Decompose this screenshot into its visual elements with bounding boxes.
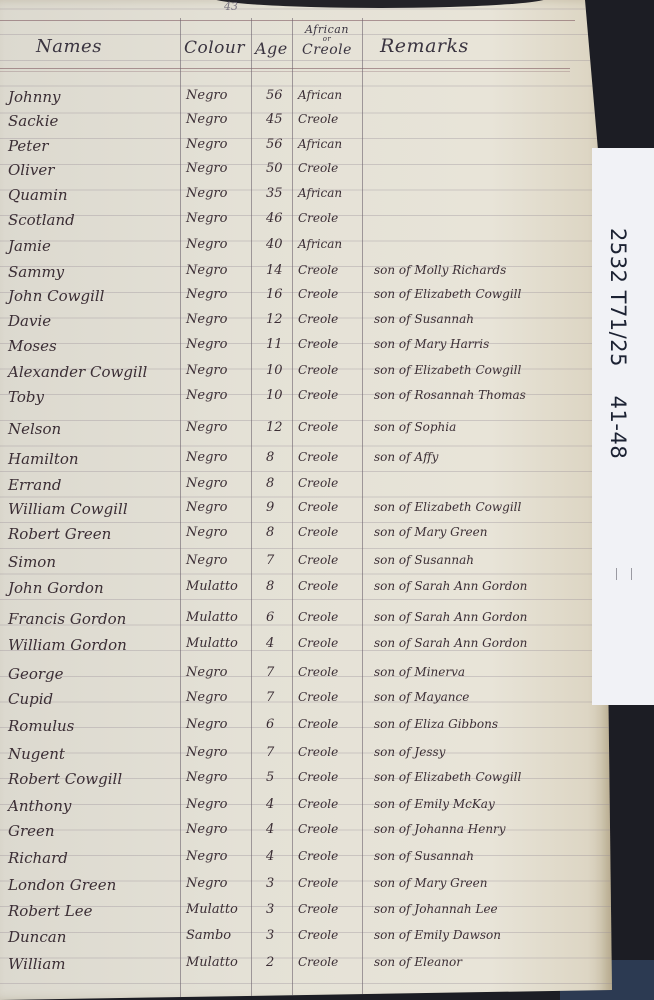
remark-cell: son of Molly Richards <box>374 263 506 277</box>
age-cell: 12 <box>266 420 283 435</box>
archive-reference-label: 2532 T71/25 41-48 <box>592 148 654 705</box>
name-cell: Scotland <box>8 211 75 229</box>
table-row: JohnnyNegro56African <box>0 88 600 114</box>
colour-cell: Negro <box>186 770 227 785</box>
colour-cell: Negro <box>186 500 227 515</box>
colour-cell: Negro <box>186 822 227 837</box>
table-row: AnthonyNegro4Creoleson of Emily McKay <box>0 797 600 823</box>
remark-cell: son of Mayance <box>374 690 469 704</box>
name-cell: William <box>8 955 66 973</box>
age-cell: 56 <box>266 137 283 152</box>
table-row: NelsonNegro12Creoleson of Sophia <box>0 420 600 446</box>
origin-cell: Creole <box>298 500 338 514</box>
age-cell: 56 <box>266 88 283 103</box>
remark-cell: son of Elizabeth Cowgill <box>374 363 521 377</box>
origin-cell: Creole <box>298 388 338 402</box>
remark-cell: son of Johanna Henry <box>374 822 506 836</box>
name-cell: John Cowgill <box>8 287 104 305</box>
origin-cell: Creole <box>298 610 338 624</box>
colour-cell: Mulatto <box>186 610 238 625</box>
origin-cell: African <box>298 88 342 102</box>
origin-cell: Creole <box>298 211 338 225</box>
origin-cell: Creole <box>298 902 338 916</box>
name-cell: London Green <box>8 876 116 894</box>
table-row: Robert CowgillNegro5Creoleson of Elizabe… <box>0 770 600 796</box>
name-cell: Toby <box>8 388 44 406</box>
name-cell: Jamie <box>8 237 51 255</box>
origin-cell: Creole <box>298 665 338 679</box>
remark-cell: son of Susannah <box>374 312 474 326</box>
age-cell: 5 <box>266 770 274 785</box>
name-cell: Romulus <box>8 717 74 735</box>
remark-cell: son of Sophia <box>374 420 456 434</box>
name-cell: Sackie <box>8 112 58 130</box>
name-cell: Hamilton <box>8 450 79 468</box>
header-bottom-rule <box>0 68 570 69</box>
origin-cell: Creole <box>298 112 338 126</box>
table-row: MosesNegro11Creoleson of Mary Harris <box>0 337 600 363</box>
colour-cell: Negro <box>186 450 227 465</box>
colour-cell: Negro <box>186 363 227 378</box>
name-cell: Robert Cowgill <box>8 770 122 788</box>
age-cell: 8 <box>266 525 274 540</box>
age-cell: 7 <box>266 553 274 568</box>
age-cell: 7 <box>266 745 274 760</box>
age-cell: 35 <box>266 186 283 201</box>
colour-cell: Negro <box>186 112 227 127</box>
table-row: JamieNegro40African <box>0 237 600 263</box>
age-cell: 8 <box>266 579 274 594</box>
age-cell: 6 <box>266 610 274 625</box>
age-cell: 4 <box>266 822 274 837</box>
age-cell: 14 <box>266 263 283 278</box>
folio-number: 43 <box>224 0 238 13</box>
colour-cell: Negro <box>186 797 227 812</box>
origin-cell: Creole <box>298 420 338 434</box>
origin-cell: Creole <box>298 161 338 175</box>
header-bottom-rule-2 <box>0 71 570 72</box>
name-cell: Green <box>8 822 55 840</box>
remark-cell: son of Emily McKay <box>374 797 495 811</box>
colour-cell: Negro <box>186 312 227 327</box>
table-row: Alexander CowgillNegro10Creoleson of Eli… <box>0 363 600 389</box>
name-cell: Nelson <box>8 420 61 438</box>
archive-reference: 2532 T71/25 <box>606 228 630 367</box>
colour-cell: Negro <box>186 388 227 403</box>
name-cell: Nugent <box>8 745 65 763</box>
origin-cell: Creole <box>298 450 338 464</box>
colour-cell: Sambo <box>186 928 231 943</box>
remark-cell: son of Sarah Ann Gordon <box>374 610 527 624</box>
age-cell: 12 <box>266 312 283 327</box>
origin-cell: Creole <box>298 849 338 863</box>
name-cell: Oliver <box>8 161 54 179</box>
colour-cell: Negro <box>186 237 227 252</box>
age-cell: 6 <box>266 717 274 732</box>
origin-cell: Creole <box>298 797 338 811</box>
colour-cell: Negro <box>186 690 227 705</box>
table-row: GeorgeNegro7Creoleson of Minerva <box>0 665 600 691</box>
age-cell: 46 <box>266 211 283 226</box>
origin-cell: Creole <box>298 579 338 593</box>
table-row: TobyNegro10Creoleson of Rosannah Thomas <box>0 388 600 414</box>
ledger-page: 43 Names Colour Age African or Creole Re… <box>0 0 612 1000</box>
colour-cell: Negro <box>186 88 227 103</box>
name-cell: Alexander Cowgill <box>8 363 147 381</box>
age-cell: 9 <box>266 500 274 515</box>
remark-cell: son of Elizabeth Cowgill <box>374 770 521 784</box>
colour-cell: Mulatto <box>186 579 238 594</box>
header-names: Names <box>36 36 102 57</box>
remark-cell: son of Sarah Ann Gordon <box>374 579 527 593</box>
origin-cell: Creole <box>298 636 338 650</box>
table-row: Robert LeeMulatto3Creoleson of Johannah … <box>0 902 600 928</box>
table-row: William CowgillNegro9Creoleson of Elizab… <box>0 500 600 526</box>
age-cell: 40 <box>266 237 283 252</box>
label-tick-mark <box>616 568 632 580</box>
remark-cell: son of Mary Green <box>374 876 487 890</box>
table-row: NugentNegro7Creoleson of Jessy <box>0 745 600 771</box>
age-cell: 45 <box>266 112 283 127</box>
colour-cell: Negro <box>186 337 227 352</box>
name-cell: Duncan <box>8 928 66 946</box>
remark-cell: son of Rosannah Thomas <box>374 388 526 402</box>
header-origin: African or Creole <box>296 24 358 58</box>
header-remarks: Remarks <box>380 35 469 57</box>
table-row: ScotlandNegro46Creole <box>0 211 600 237</box>
table-row: DuncanSambo3Creoleson of Emily Dawson <box>0 928 600 954</box>
table-row: OliverNegro50Creole <box>0 161 600 187</box>
table-row: John CowgillNegro16Creoleson of Elizabet… <box>0 287 600 313</box>
origin-cell: Creole <box>298 312 338 326</box>
name-cell: Richard <box>8 849 68 867</box>
origin-cell: African <box>298 186 342 200</box>
name-cell: George <box>8 665 64 683</box>
header-colour: Colour <box>184 38 245 58</box>
colour-cell: Negro <box>186 161 227 176</box>
age-cell: 3 <box>266 902 274 917</box>
table-row: WilliamMulatto2Creoleson of Eleanor <box>0 955 600 981</box>
origin-cell: Creole <box>298 337 338 351</box>
age-cell: 10 <box>266 388 283 403</box>
age-cell: 8 <box>266 476 274 491</box>
archive-page-range: 41-48 <box>606 396 630 460</box>
remark-cell: son of Susannah <box>374 553 474 567</box>
colour-cell: Negro <box>186 287 227 302</box>
name-cell: John Gordon <box>8 579 104 597</box>
table-row: RomulusNegro6Creoleson of Eliza Gibbons <box>0 717 600 743</box>
colour-cell: Negro <box>186 876 227 891</box>
table-row: ErrandNegro8Creole <box>0 476 600 502</box>
origin-cell: Creole <box>298 928 338 942</box>
colour-cell: Negro <box>186 717 227 732</box>
name-cell: Anthony <box>8 797 71 815</box>
table-row: John GordonMulatto8Creoleson of Sarah An… <box>0 579 600 605</box>
age-cell: 16 <box>266 287 283 302</box>
age-cell: 7 <box>266 690 274 705</box>
age-cell: 50 <box>266 161 283 176</box>
age-cell: 7 <box>266 665 274 680</box>
origin-cell: Creole <box>298 690 338 704</box>
origin-cell: Creole <box>298 745 338 759</box>
name-cell: Errand <box>8 476 62 494</box>
colour-cell: Negro <box>186 745 227 760</box>
remark-cell: son of Susannah <box>374 849 474 863</box>
origin-cell: Creole <box>298 770 338 784</box>
origin-cell: Creole <box>298 476 338 490</box>
header-origin-creole: Creole <box>296 43 358 58</box>
age-cell: 11 <box>266 337 283 352</box>
remark-cell: son of Jessy <box>374 745 445 759</box>
name-cell: Simon <box>8 553 56 571</box>
colour-cell: Negro <box>186 476 227 491</box>
remark-cell: son of Emily Dawson <box>374 928 501 942</box>
origin-cell: Creole <box>298 822 338 836</box>
table-row: London GreenNegro3Creoleson of Mary Gree… <box>0 876 600 902</box>
name-cell: Moses <box>8 337 57 355</box>
name-cell: Francis Gordon <box>8 610 126 628</box>
remark-cell: son of Johannah Lee <box>374 902 498 916</box>
name-cell: Robert Green <box>8 525 111 543</box>
name-cell: William Gordon <box>8 636 127 654</box>
table-row: PeterNegro56African <box>0 137 600 163</box>
remark-cell: son of Eleanor <box>374 955 462 969</box>
name-cell: Cupid <box>8 690 53 708</box>
table-row: William GordonMulatto4Creoleson of Sarah… <box>0 636 600 662</box>
colour-cell: Negro <box>186 665 227 680</box>
remark-cell: son of Mary Harris <box>374 337 489 351</box>
remark-cell: son of Eliza Gibbons <box>374 717 498 731</box>
name-cell: Sammy <box>8 263 64 281</box>
age-cell: 3 <box>266 928 274 943</box>
archive-reference-text: 2532 T71/25 41-48 <box>606 228 630 459</box>
name-cell: Peter <box>8 137 48 155</box>
age-cell: 2 <box>266 955 274 970</box>
table-row: Francis GordonMulatto6Creoleson of Sarah… <box>0 610 600 636</box>
header-age: Age <box>255 39 288 58</box>
table-row: RichardNegro4Creoleson of Susannah <box>0 849 600 875</box>
age-cell: 3 <box>266 876 274 891</box>
remark-cell: son of Affy <box>374 450 438 464</box>
colour-cell: Mulatto <box>186 955 238 970</box>
colour-cell: Negro <box>186 211 227 226</box>
table-row: QuaminNegro35African <box>0 186 600 212</box>
remark-cell: son of Elizabeth Cowgill <box>374 500 521 514</box>
table-row: Robert GreenNegro8Creoleson of Mary Gree… <box>0 525 600 551</box>
colour-cell: Mulatto <box>186 636 238 651</box>
name-cell: William Cowgill <box>8 500 128 518</box>
table-row: GreenNegro4Creoleson of Johanna Henry <box>0 822 600 848</box>
colour-cell: Negro <box>186 263 227 278</box>
origin-cell: Creole <box>298 363 338 377</box>
origin-cell: Creole <box>298 876 338 890</box>
table-row: SackieNegro45Creole <box>0 112 600 138</box>
table-row: SammyNegro14Creoleson of Molly Richards <box>0 263 600 289</box>
origin-cell: Creole <box>298 717 338 731</box>
origin-cell: Creole <box>298 553 338 567</box>
name-cell: Quamin <box>8 186 68 204</box>
table-row: CupidNegro7Creoleson of Mayance <box>0 690 600 716</box>
age-cell: 4 <box>266 797 274 812</box>
table-row: HamiltonNegro8Creoleson of Affy <box>0 450 600 476</box>
name-cell: Robert Lee <box>8 902 93 920</box>
colour-cell: Negro <box>186 525 227 540</box>
colour-cell: Negro <box>186 420 227 435</box>
age-cell: 8 <box>266 450 274 465</box>
remark-cell: son of Minerva <box>374 665 465 679</box>
colour-cell: Negro <box>186 137 227 152</box>
remark-cell: son of Elizabeth Cowgill <box>374 287 521 301</box>
colour-cell: Mulatto <box>186 902 238 917</box>
table-row: DavieNegro12Creoleson of Susannah <box>0 312 600 338</box>
origin-cell: Creole <box>298 525 338 539</box>
colour-cell: Negro <box>186 186 227 201</box>
origin-cell: Creole <box>298 263 338 277</box>
name-cell: Davie <box>8 312 51 330</box>
name-cell: Johnny <box>8 88 61 106</box>
origin-cell: African <box>298 237 342 251</box>
age-cell: 4 <box>266 636 274 651</box>
age-cell: 10 <box>266 363 283 378</box>
remark-cell: son of Mary Green <box>374 525 487 539</box>
origin-cell: Creole <box>298 955 338 969</box>
colour-cell: Negro <box>186 849 227 864</box>
table-row: SimonNegro7Creoleson of Susannah <box>0 553 600 579</box>
origin-cell: Creole <box>298 287 338 301</box>
remark-cell: son of Sarah Ann Gordon <box>374 636 527 650</box>
origin-cell: African <box>298 137 342 151</box>
header-top-rule <box>0 20 575 21</box>
colour-cell: Negro <box>186 553 227 568</box>
age-cell: 4 <box>266 849 274 864</box>
